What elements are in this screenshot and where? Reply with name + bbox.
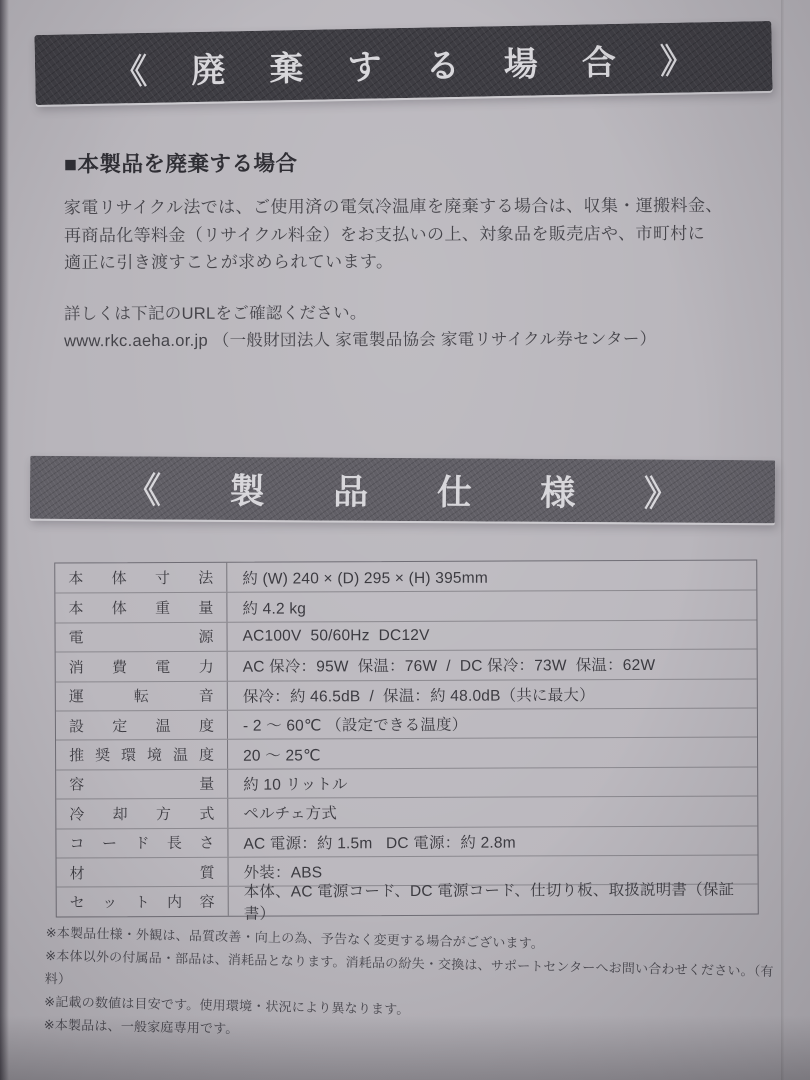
spec-label-char: 内 [167,891,182,912]
spec-label: 設定温度 [56,711,228,740]
banner-char: る [425,37,460,87]
spec-label-char: 定 [112,715,127,736]
spec-label: 消費電力 [56,652,228,681]
spec-label-char: 式 [199,803,214,824]
spec-label-char: 境 [147,744,162,765]
table-row: セット内容本体、AC 電源コード、DC 電源コード、仕切り板、取扱説明書（保証書… [57,884,758,916]
spec-label-char: ー [102,832,117,853]
banner-char: 《 [113,43,148,93]
spec-label: 推奨環境温度 [56,740,228,769]
photo-left-edge [0,0,9,1080]
table-row: 冷却方式ペルチェ方式 [56,796,757,828]
spec-label-char: 電 [69,627,84,648]
spec-label-char: 設 [69,715,84,736]
paragraph-line: 再商品化等料金（リサイクル料金）をお支払いの上、対象品を販売店や、市町村に [64,219,766,249]
banner-char: 合 [581,34,616,84]
spec-label-char: 転 [134,685,149,706]
disposal-heading: ■本製品を廃棄する場合 [64,146,298,178]
table-row: 本体重量約 4.2 kg [55,590,756,622]
spec-label-char: 度 [199,714,214,735]
spec-label-char: 奨 [95,744,110,765]
spec-label-char: 度 [199,744,214,765]
url-block: 詳しくは下記のURLをご確認ください。 www.rkc.aeha.or.jp （… [64,299,766,355]
table-row: 容量約 10 リットル [56,766,757,798]
spec-label-char: 環 [121,744,136,765]
spec-label-char: ド [134,832,149,853]
spec-label-char: 方 [156,803,171,824]
spec-table: 本体寸法約 (W) 240 × (D) 295 × (H) 395mm本体重量約… [54,559,759,917]
spec-label-char: ッ [102,891,117,912]
spec-value: AC 保冷：95W 保温：76W / DC 保冷：73W 保温：62W [228,650,757,681]
banner-char: 場 [503,36,538,86]
spec-value: 約 (W) 240 × (D) 295 × (H) 395mm [227,560,756,592]
disposal-paragraph: 家電リサイクル法では、ご使用済の電気冷温庫を廃棄する場合は、収集・運搬料金、再商… [64,192,766,277]
banner-char: 》 [659,33,694,83]
table-row: コード長さAC 電源：約 1.5m DC 電源：約 2.8m [56,825,757,857]
spec-label-char: 本 [68,568,83,589]
spec-label-char: コ [69,833,84,854]
spec-label-char: 体 [112,567,127,588]
spec-label-char: 体 [112,597,127,618]
spec-label-char: 材 [70,862,85,883]
spec-label-char: 量 [199,773,214,794]
spec-value: 約 4.2 kg [227,591,756,622]
spec-label-char: 源 [198,626,213,647]
spec-label: 本体重量 [55,593,227,622]
table-row: 推奨環境温度20 ～ 25℃ [56,737,757,769]
spec-label-char: 温 [156,715,171,736]
banner-char: 様 [540,465,575,515]
spec-label-char: 冷 [69,803,84,824]
spec-value: 約 10 リットル [228,767,757,798]
spec-label: コード長さ [56,828,228,857]
spec-footnotes: ※本製品仕様・外観は、品質改善・向上の為、予告なく変更する場合がございます。※本… [43,921,793,1052]
spec-label: セット内容 [57,887,229,916]
spec-label-char: 法 [198,567,213,588]
table-row: 電源AC100V 50/60Hz DC12V [55,619,756,651]
banner-char: 》 [644,466,679,516]
spec-label-char: 容 [69,774,84,795]
spec-value: AC100V 50/60Hz DC12V [227,620,756,651]
spec-label-char: 電 [155,656,170,677]
spec-label-char: 運 [69,686,84,707]
spec-label-char: 温 [173,744,188,765]
banner-char: 品 [333,464,368,514]
spec-label-char: 消 [69,656,84,677]
spec-value: AC 電源：約 1.5m DC 電源：約 2.8m [228,826,757,857]
spec-label-char: 推 [69,744,84,765]
table-row: 本体寸法約 (W) 240 × (D) 295 × (H) 395mm [55,560,756,592]
paragraph-line: 適正に引き渡すことが求められています。 [64,247,766,277]
spec-label: 電源 [55,623,227,652]
spec-label: 材質 [57,858,229,887]
specs-section-banner: 《製品仕様》 [30,456,775,524]
spec-label: 容量 [56,770,228,799]
table-row: 消費電力AC 保冷：95W 保温：76W / DC 保冷：73W 保温：62W [56,649,757,681]
spec-label-char: 却 [113,803,128,824]
spec-label-char: さ [199,832,214,853]
spec-value: ペルチェ方式 [228,797,757,828]
spec-label-char: 容 [200,891,215,912]
spec-label: 本体寸法 [55,563,227,593]
spec-label-char: 力 [199,656,214,677]
spec-label-char: 寸 [155,567,170,588]
spec-label-char: 量 [198,597,213,618]
spec-label-char: 費 [112,656,127,677]
page-fold-line [781,0,784,1080]
recycle-center-url: www.rkc.aeha.or.jp （一般財団法人 家電製品協会 家電リサイク… [64,326,766,355]
spec-label-char: 長 [167,832,182,853]
paragraph-line: 家電リサイクル法では、ご使用済の電気冷温庫を廃棄する場合は、収集・運搬料金、 [64,192,766,222]
banner-char: 製 [229,463,264,513]
spec-value: - 2 ～ 60℃ （設定できる温度） [228,708,757,739]
table-row: 設定温度- 2 ～ 60℃ （設定できる温度） [56,707,757,739]
spec-label: 冷却方式 [56,799,228,828]
spec-label: 運転音 [56,681,228,710]
spec-value: 本体、AC 電源コード、DC 電源コード、仕切り板、取扱説明書（保証書） [229,885,758,916]
spec-value: 20 ～ 25℃ [228,738,757,769]
banner-char: 廃 [191,42,226,92]
spec-label-char: 本 [68,597,83,618]
url-note: 詳しくは下記のURLをご確認ください。 [64,299,766,328]
manual-page-photo: 《廃棄する場合》 ■本製品を廃棄する場合 家電リサイクル法では、ご使用済の電気冷… [0,0,810,1080]
spec-label-char: 質 [200,861,215,882]
spec-label-char: 重 [155,597,170,618]
disposal-section-banner: 《廃棄する場合》 [34,21,772,105]
banner-char: 《 [126,463,161,513]
spec-label-char: 音 [199,685,214,706]
spec-label-char: ト [135,891,150,912]
spec-label-char: セ [70,891,85,912]
banner-char: 棄 [269,40,304,90]
table-row: 運転音保冷：約 46.5dB / 保温：約 48.0dB（共に最大） [56,678,757,710]
banner-char: す [347,39,382,89]
banner-char: 仕 [437,465,472,515]
spec-value: 保冷：約 46.5dB / 保温：約 48.0dB（共に最大） [228,679,757,710]
